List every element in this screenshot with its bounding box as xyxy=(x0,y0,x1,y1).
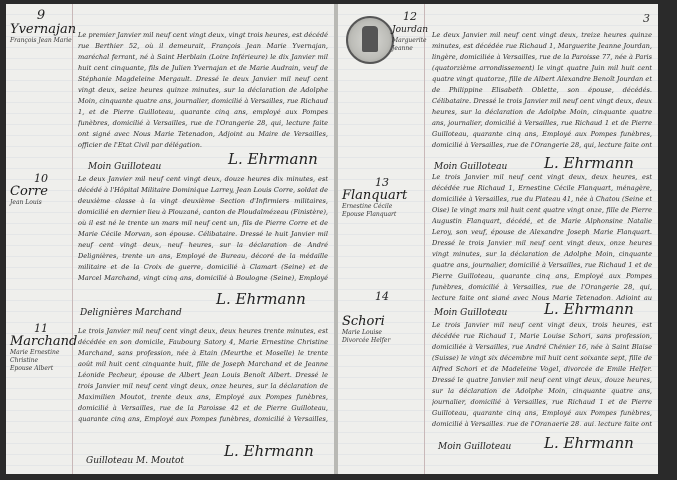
entry-given-names: François Jean Marie xyxy=(10,37,72,45)
entry-10-margin: 10 Corre Jean Louis xyxy=(10,172,72,207)
entry-surname: Corre xyxy=(10,185,72,199)
entry-9-margin: 9 Yvernajan François Jean Marie xyxy=(10,8,72,45)
entry-surname: Jourdan xyxy=(392,23,428,37)
entry-11-margin: 11 Marchand Marie Ernestine Christine Ep… xyxy=(10,322,72,373)
officer-signature: L. Ehrmann xyxy=(224,442,314,460)
entry-14-margin: 14 Schori Marie Louise Divorcée Helfer xyxy=(342,290,422,345)
officer-signature: L. Ehrmann xyxy=(216,290,306,308)
entry-number: 12 xyxy=(392,10,428,23)
entry-14-text: Le trois Janvier mil neuf cent vingt deu… xyxy=(432,320,652,426)
entry-given-names: Marie Louise xyxy=(342,329,422,337)
entry-number: 14 xyxy=(342,290,422,303)
officer-signature: L. Ehrmann xyxy=(544,300,634,318)
entry-spouse-note: Epouse Albert xyxy=(10,365,72,373)
witness-signatures: Delignières Marchand xyxy=(80,308,182,318)
seal-figure xyxy=(362,26,378,52)
entry-given-names: Marie Ernestine Christine xyxy=(10,349,72,365)
entry-surname: Yvernajan xyxy=(10,23,72,37)
entry-surname: Schori xyxy=(342,315,422,329)
entry-11-text: Le trois Janvier mil neuf cent vingt deu… xyxy=(78,326,328,426)
left-page: 9 Yvernajan François Jean Marie Le premi… xyxy=(6,4,334,474)
witness-signatures: Moin Guilloteau xyxy=(88,162,161,172)
entry-given-names: Ernestine Cécile xyxy=(342,203,422,211)
entry-spouse-note: Epouse Flanquart xyxy=(342,211,422,219)
entry-surname: Flanquart xyxy=(342,189,422,203)
mairie-seal-icon xyxy=(346,16,394,64)
margin-rule xyxy=(72,4,73,474)
entry-10-text: Le deux Janvier mil neuf cent vingt deux… xyxy=(78,174,328,284)
witness-signatures: Guilloteau M. Moutot xyxy=(86,456,184,466)
witness-signatures: Moin Guilloteau xyxy=(434,162,507,172)
entry-12-text: Le deux Janvier mil neuf cent vingt deux… xyxy=(432,30,652,152)
page-number: 3 xyxy=(643,12,650,25)
witness-signatures: Moin Guilloteau xyxy=(438,442,511,452)
margin-rule xyxy=(424,4,425,474)
entry-surname: Marchand xyxy=(10,335,72,349)
entry-12-margin: 12 Jourdan Marguerite Jeanne xyxy=(392,10,428,53)
entry-given-names: Jean Louis xyxy=(10,199,72,207)
witness-signatures: Moin Guilloteau xyxy=(434,308,507,318)
right-page: 3 12 Jourdan Marguerite Jeanne Le deux J… xyxy=(338,4,658,474)
entry-13-margin: 13 Flanquart Ernestine Cécile Epouse Fla… xyxy=(342,176,422,219)
entry-given-names: Marguerite Jeanne xyxy=(392,37,428,53)
officer-signature: L. Ehrmann xyxy=(228,150,318,168)
dark-border xyxy=(658,4,677,474)
officer-signature: L. Ehrmann xyxy=(544,154,634,172)
entry-number: 9 xyxy=(10,8,72,23)
officer-signature: L. Ehrmann xyxy=(544,434,634,452)
entry-13-text: Le trois Janvier mil neuf cent vingt deu… xyxy=(432,172,652,300)
entry-9-text: Le premier Janvier mil neuf cent vingt d… xyxy=(78,30,328,160)
entry-spouse-note: Divorcée Helfer xyxy=(342,337,422,345)
